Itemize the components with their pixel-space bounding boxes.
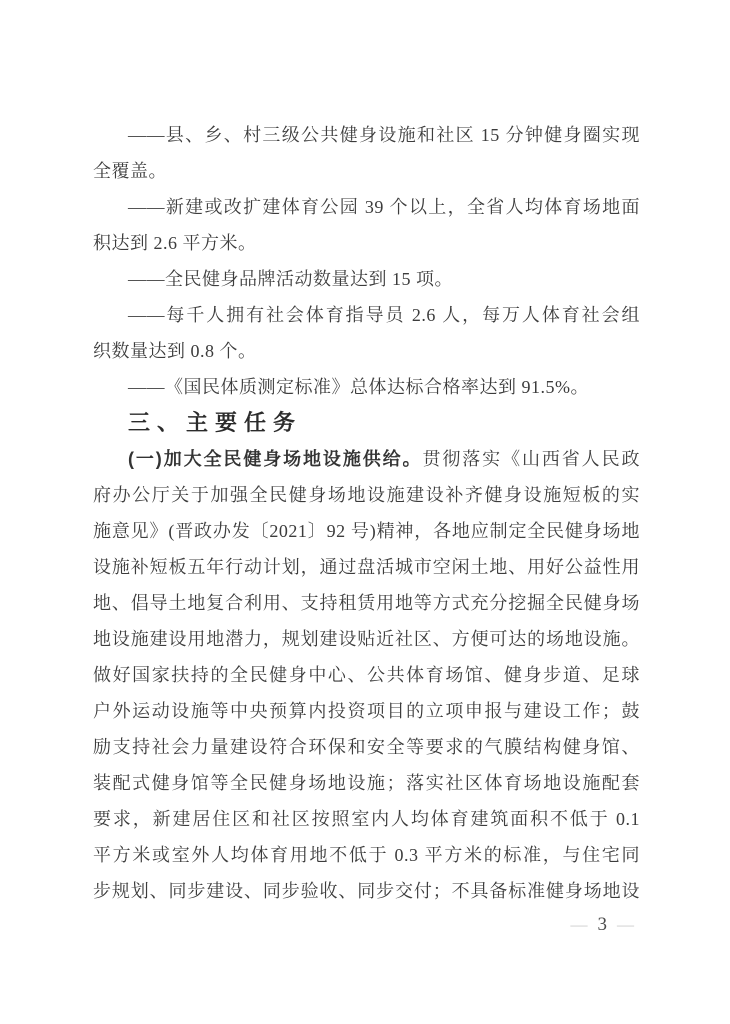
- text-line: ——新建或改扩建体育公园 39 个以上，全省人均体育场地面: [93, 189, 640, 225]
- text-line: 地设施建设用地潜力，规划建设贴近社区、方便可达的场地设施。: [93, 621, 640, 657]
- footer-right-dash: —: [617, 915, 634, 934]
- document-page: ——县、乡、村三级公共健身设施和社区 15 分钟健身圈实现 全覆盖。 ——新建或…: [0, 0, 730, 1024]
- text-line: 积达到 2.6 平方米。: [93, 225, 640, 261]
- paragraph-text: 贯彻落实《山西省人民政: [422, 449, 640, 469]
- text-line: ——全民健身品牌活动数量达到 15 项。: [93, 261, 640, 297]
- text-line: 全覆盖。: [93, 153, 640, 189]
- page-footer: —3—: [571, 910, 635, 940]
- text-line: 要求，新建居住区和社区按照室内人均体育建筑面积不低于 0.1: [93, 801, 640, 837]
- text-line: 施意见》(晋政办发〔2021〕92 号)精神，各地应制定全民健身场地: [93, 513, 640, 549]
- footer-left-dash: —: [571, 915, 588, 934]
- page-number: 3: [598, 914, 608, 935]
- section-heading: 三、主要任务: [93, 405, 640, 441]
- text-line: 设施补短板五年行动计划，通过盘活城市空闲土地、用好公益性用: [93, 549, 640, 585]
- text-line: 地、倡导土地复合利用、支持租赁用地等方式充分挖掘全民健身场: [93, 585, 640, 621]
- text-line: ——县、乡、村三级公共健身设施和社区 15 分钟健身圈实现: [93, 117, 640, 153]
- text-line: 步规划、同步建设、同步验收、同步交付；不具备标准健身场地设: [93, 873, 640, 909]
- text-line: 平方米或室外人均体育用地不低于 0.3 平方米的标准，与住宅同: [93, 837, 640, 873]
- paragraph-lead: (一)加大全民健身场地设施供给。: [128, 449, 422, 469]
- text-line: ——《国民体质测定标准》总体达标合格率达到 91.5%。: [93, 369, 640, 405]
- text-line: 装配式健身馆等全民健身场地设施；落实社区体育场地设施配套: [93, 765, 640, 801]
- text-line: 做好国家扶持的全民健身中心、公共体育场馆、健身步道、足球场、: [93, 657, 640, 693]
- text-line: 织数量达到 0.8 个。: [93, 333, 640, 369]
- text-line: 府办公厅关于加强全民健身场地设施建设补齐健身设施短板的实: [93, 477, 640, 513]
- text-line: ——每千人拥有社会体育指导员 2.6 人，每万人体育社会组: [93, 297, 640, 333]
- body-text: ——县、乡、村三级公共健身设施和社区 15 分钟健身圈实现 全覆盖。 ——新建或…: [93, 117, 640, 909]
- text-line: 励支持社会力量建设符合环保和安全等要求的气膜结构健身馆、: [93, 729, 640, 765]
- text-line: 户外运动设施等中央预算内投资项目的立项申报与建设工作；鼓: [93, 693, 640, 729]
- text-line: (一)加大全民健身场地设施供给。贯彻落实《山西省人民政: [93, 441, 640, 477]
